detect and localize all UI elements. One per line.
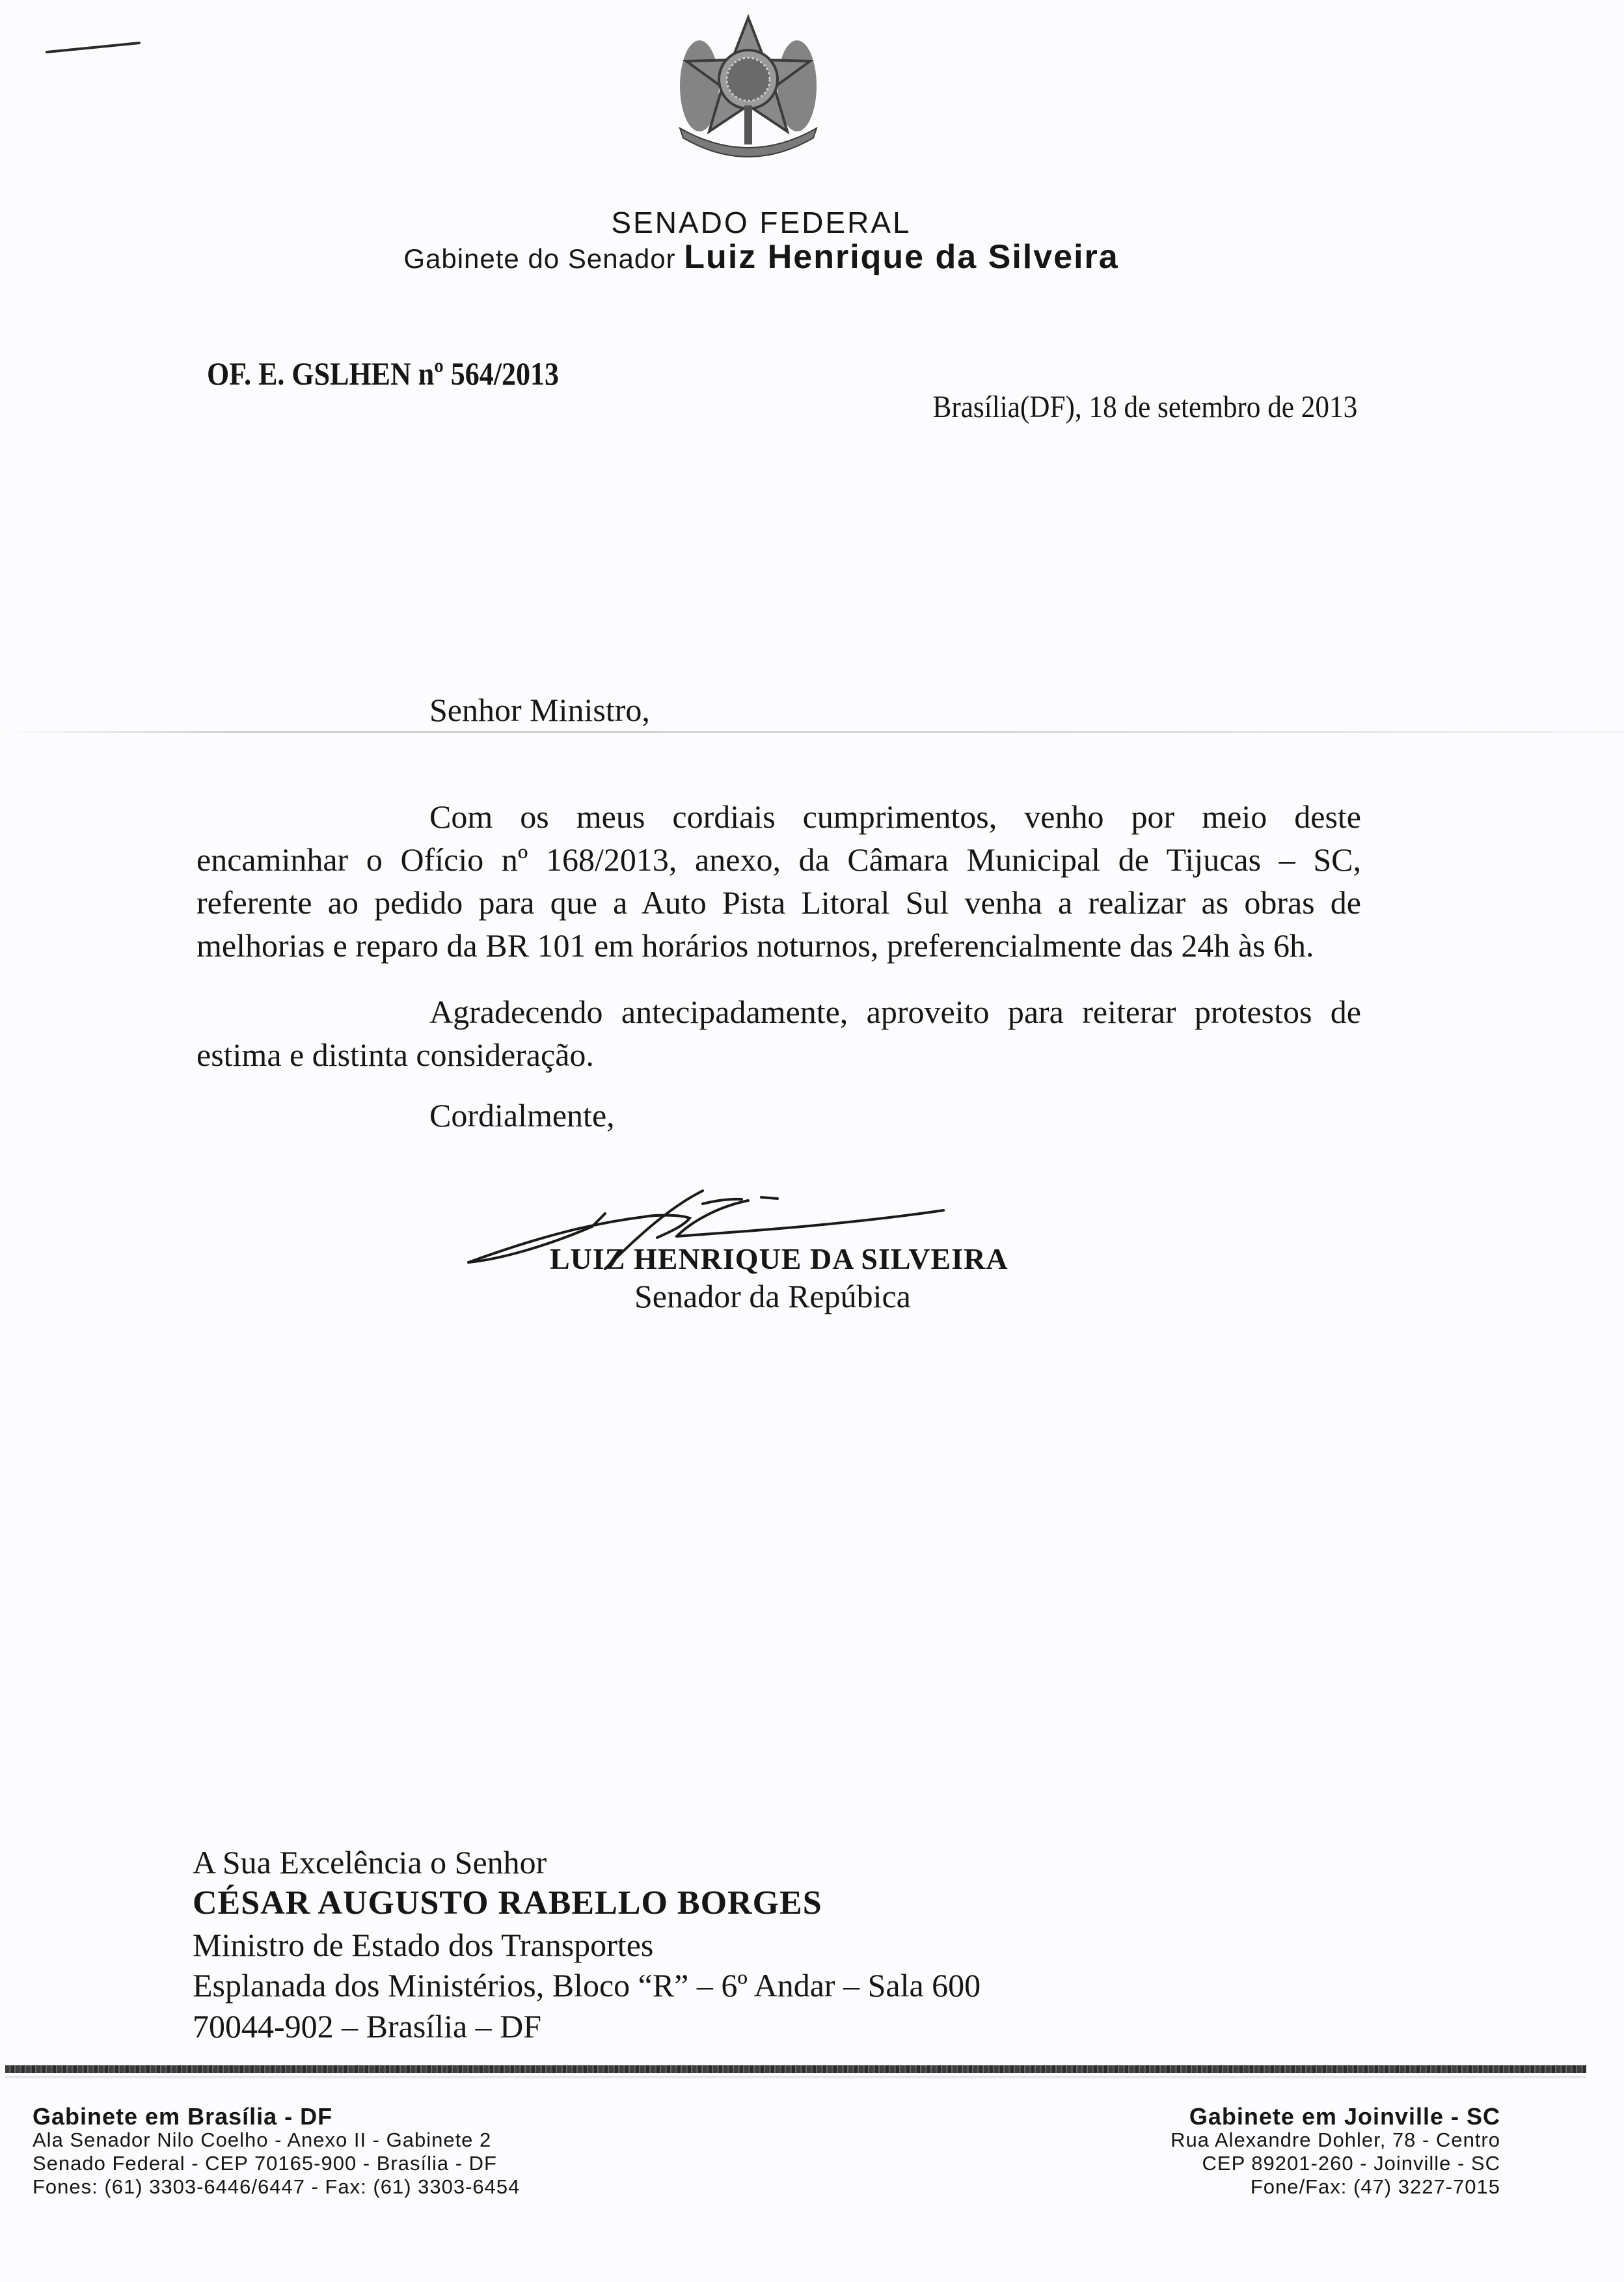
signer-title: Senador da Repúbica [634, 1277, 911, 1315]
office-line: Gabinete do Senador Luiz Henrique da Sil… [0, 238, 1522, 277]
footer-left-line-1: Ala Senador Nilo Coelho - Anexo II - Gab… [33, 2128, 520, 2152]
date-line: Brasília(DF), 18 de setembro de 2013 [932, 389, 1357, 425]
addressee-city: 70044-902 – Brasília – DF [193, 2007, 541, 2045]
office-prefix: Gabinete do Senador [403, 243, 675, 274]
body-paragraph-1: Com os meus cordiais cumprimentos, venho… [196, 795, 1361, 967]
footer-right-line-2: CEP 89201-260 - Joinville - SC [1171, 2152, 1500, 2175]
institution-name: SENADO FEDERAL [0, 205, 1522, 240]
addressee-salutation: A Sua Excelência o Senhor [193, 1843, 547, 1881]
paragraph-text: Com os meus cordiais cumprimentos, venho… [196, 798, 1361, 964]
footer-right-line-3: Fone/Fax: (47) 3227-7015 [1171, 2175, 1500, 2199]
footer-left-line-3: Fones: (61) 3303-6446/6447 - Fax: (61) 3… [33, 2175, 520, 2199]
addressee-name: CÉSAR AUGUSTO RABELLO BORGES [193, 1884, 822, 1922]
addressee-address: Esplanada dos Ministérios, Bloco “R” – 6… [193, 1966, 981, 2004]
brazil-coat-of-arms-icon [664, 8, 833, 164]
body-paragraph-2: Agradecendo antecipadamente, aproveito p… [196, 990, 1361, 1076]
footer-right-line-1: Rua Alexandre Dohler, 78 - Centro [1171, 2128, 1500, 2152]
senator-name: Luiz Henrique da Silveira [684, 238, 1118, 276]
signer-name: LUIZ HENRIQUE DA SILVEIRA [550, 1242, 1008, 1276]
closing: Cordialmente, [429, 1096, 615, 1134]
salutation: Senhor Ministro, [429, 691, 650, 729]
footer-divider-shadow [5, 2076, 1586, 2078]
paper-fold-line [0, 731, 1624, 733]
staple-mark-icon [44, 40, 142, 55]
footer-right-heading: Gabinete em Joinville - SC [1171, 2105, 1500, 2128]
footer-left-line-2: Senado Federal - CEP 70165-900 - Brasíli… [33, 2152, 520, 2175]
paragraph-text: Agradecendo antecipadamente, aproveito p… [196, 994, 1361, 1073]
footer-divider [5, 2065, 1586, 2073]
addressee-role: Ministro de Estado dos Transportes [193, 1926, 653, 1964]
reference-number: OF. E. GSLHEN nº 564/2013 [207, 355, 559, 392]
footer-brasilia-office: Gabinete em Brasília - DF Ala Senador Ni… [33, 2105, 520, 2199]
footer-joinville-office: Gabinete em Joinville - SC Rua Alexandre… [1171, 2105, 1500, 2199]
footer-left-heading: Gabinete em Brasília - DF [33, 2105, 520, 2128]
